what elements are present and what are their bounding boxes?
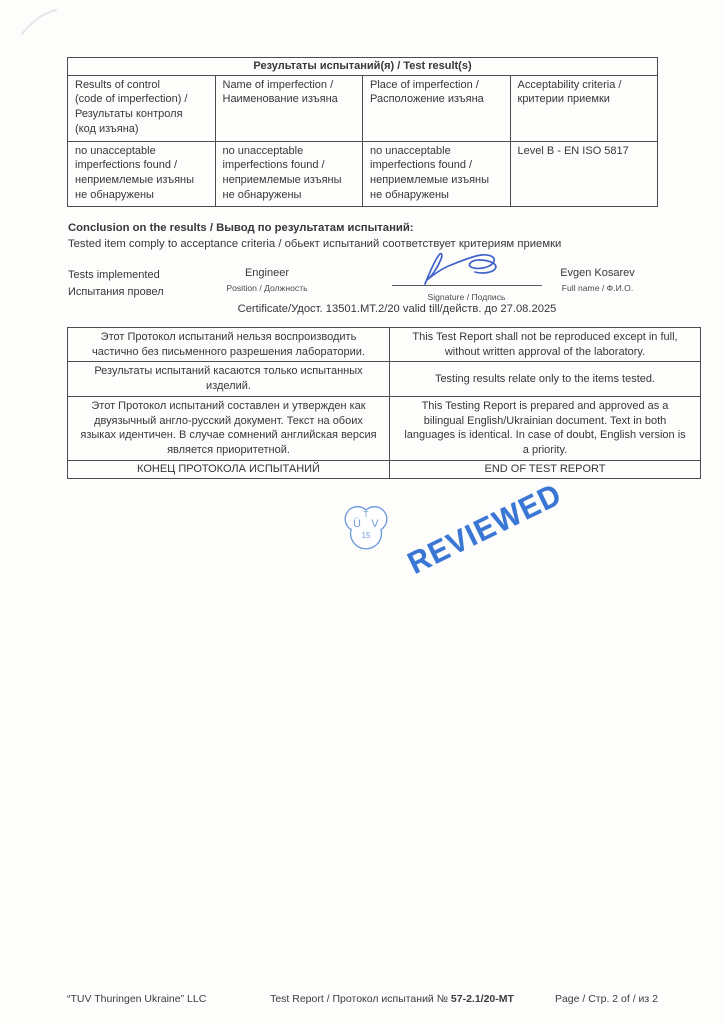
disclaimer-en-1: This Test Report shall not be reproduced… — [390, 328, 701, 362]
table-row: Этот Протокол испытаний нельзя воспроизв… — [68, 328, 701, 362]
end-of-report-ru: КОНЕЦ ПРОТОКОЛА ИСПЫТАНИЙ — [68, 460, 390, 478]
results-table-title: Результаты испытаний(я) / Test result(s) — [68, 58, 658, 76]
disclaimer-table: Этот Протокол испытаний нельзя воспроизв… — [67, 327, 701, 479]
column-header-place-of-imperfection: Place of imperfection / Расположение изъ… — [363, 75, 511, 141]
column-header-results-of-control: Results of control (code of imperfection… — [68, 75, 216, 141]
tests-implemented-label: Tests implemented Испытания провел — [68, 267, 164, 300]
signature-line — [392, 285, 542, 286]
position-value: Engineer — [197, 267, 337, 279]
disclaimer-en-2: Testing results relate only to the items… — [390, 362, 701, 396]
conclusion-text: Tested item comply to acceptance criteri… — [68, 236, 648, 252]
tuv-logo-number: 15 — [362, 531, 371, 540]
certificate-line: Certificate/Удост. 13501.МТ.2/20 valid t… — [162, 303, 632, 315]
result-cell-name: no unacceptable imperfections found / не… — [215, 141, 363, 206]
test-results-table: Результаты испытаний(я) / Test result(s)… — [67, 57, 658, 207]
tuv-logo-letter-t: T — [364, 510, 369, 519]
table-row: Results of control (code of imperfection… — [68, 75, 658, 141]
footer-report-title: Test Report / Протокол испытаний № 57-2.… — [182, 993, 602, 1005]
result-cell-criteria: Level B - EN ISO 5817 — [510, 141, 658, 206]
table-row: Результаты испытаний касаются только исп… — [68, 362, 701, 396]
result-cell-place: no unacceptable imperfections found / не… — [363, 141, 511, 206]
signature-column: Signature / Подпись — [389, 288, 544, 302]
tests-implemented-ru: Испытания провел — [68, 284, 164, 301]
position-label: Position / Должность — [197, 283, 337, 293]
position-column: Engineer Position / Должность — [197, 267, 337, 293]
full-name-value: Evgen Kosarev — [535, 267, 660, 279]
disclaimer-ru-3: Этот Протокол испытаний составлен и утве… — [68, 396, 390, 460]
signature-label: Signature / Подпись — [389, 292, 544, 302]
table-row: no unacceptable imperfections found / не… — [68, 141, 658, 206]
footer-report-prefix: Test Report / Протокол испытаний № — [270, 993, 451, 1005]
disclaimer-ru-2: Результаты испытаний касаются только исп… — [68, 362, 390, 396]
disclaimer-en-3: This Testing Report is prepared and appr… — [390, 396, 701, 460]
tuv-logo-stamp: T Ü V 15 — [339, 502, 393, 554]
conclusion-section: Conclusion on the results / Вывод по рез… — [68, 220, 648, 253]
tests-implemented-en: Tests implemented — [68, 267, 164, 284]
column-header-name-of-imperfection: Name of imperfection / Наименование изъя… — [215, 75, 363, 141]
table-row: Этот Протокол испытаний составлен и утве… — [68, 396, 701, 460]
table-row: КОНЕЦ ПРОТОКОЛА ИСПЫТАНИЙ END OF TEST RE… — [68, 460, 701, 478]
footer-report-number: 57-2.1/20-МТ — [451, 993, 514, 1005]
column-header-acceptability-criteria: Acceptability criteria / критерии приемк… — [510, 75, 658, 141]
conclusion-heading: Conclusion on the results / Вывод по рез… — [68, 220, 648, 236]
test-report-page: Результаты испытаний(я) / Test result(s)… — [0, 0, 724, 1024]
scan-artifact-mark — [16, 4, 66, 44]
full-name-label: Full name / Ф.И.О. — [535, 283, 660, 293]
page-footer: “TUV Thuringen Ukraine” LLC Test Report … — [67, 993, 658, 1005]
full-name-column: Evgen Kosarev Full name / Ф.И.О. — [535, 267, 660, 293]
signature-block: Tests implemented Испытания провел Engin… — [67, 264, 658, 322]
table-row: Результаты испытаний(я) / Test result(s) — [68, 58, 658, 76]
disclaimer-ru-1: Этот Протокол испытаний нельзя воспроизв… — [68, 328, 390, 362]
tuv-logo-letter-u: Ü — [353, 517, 361, 530]
reviewed-stamp: REVIEWED — [400, 466, 570, 593]
tuv-logo-letter-v: V — [371, 518, 379, 530]
handwritten-signature — [415, 250, 511, 288]
result-cell-control: no unacceptable imperfections found / не… — [68, 141, 216, 206]
